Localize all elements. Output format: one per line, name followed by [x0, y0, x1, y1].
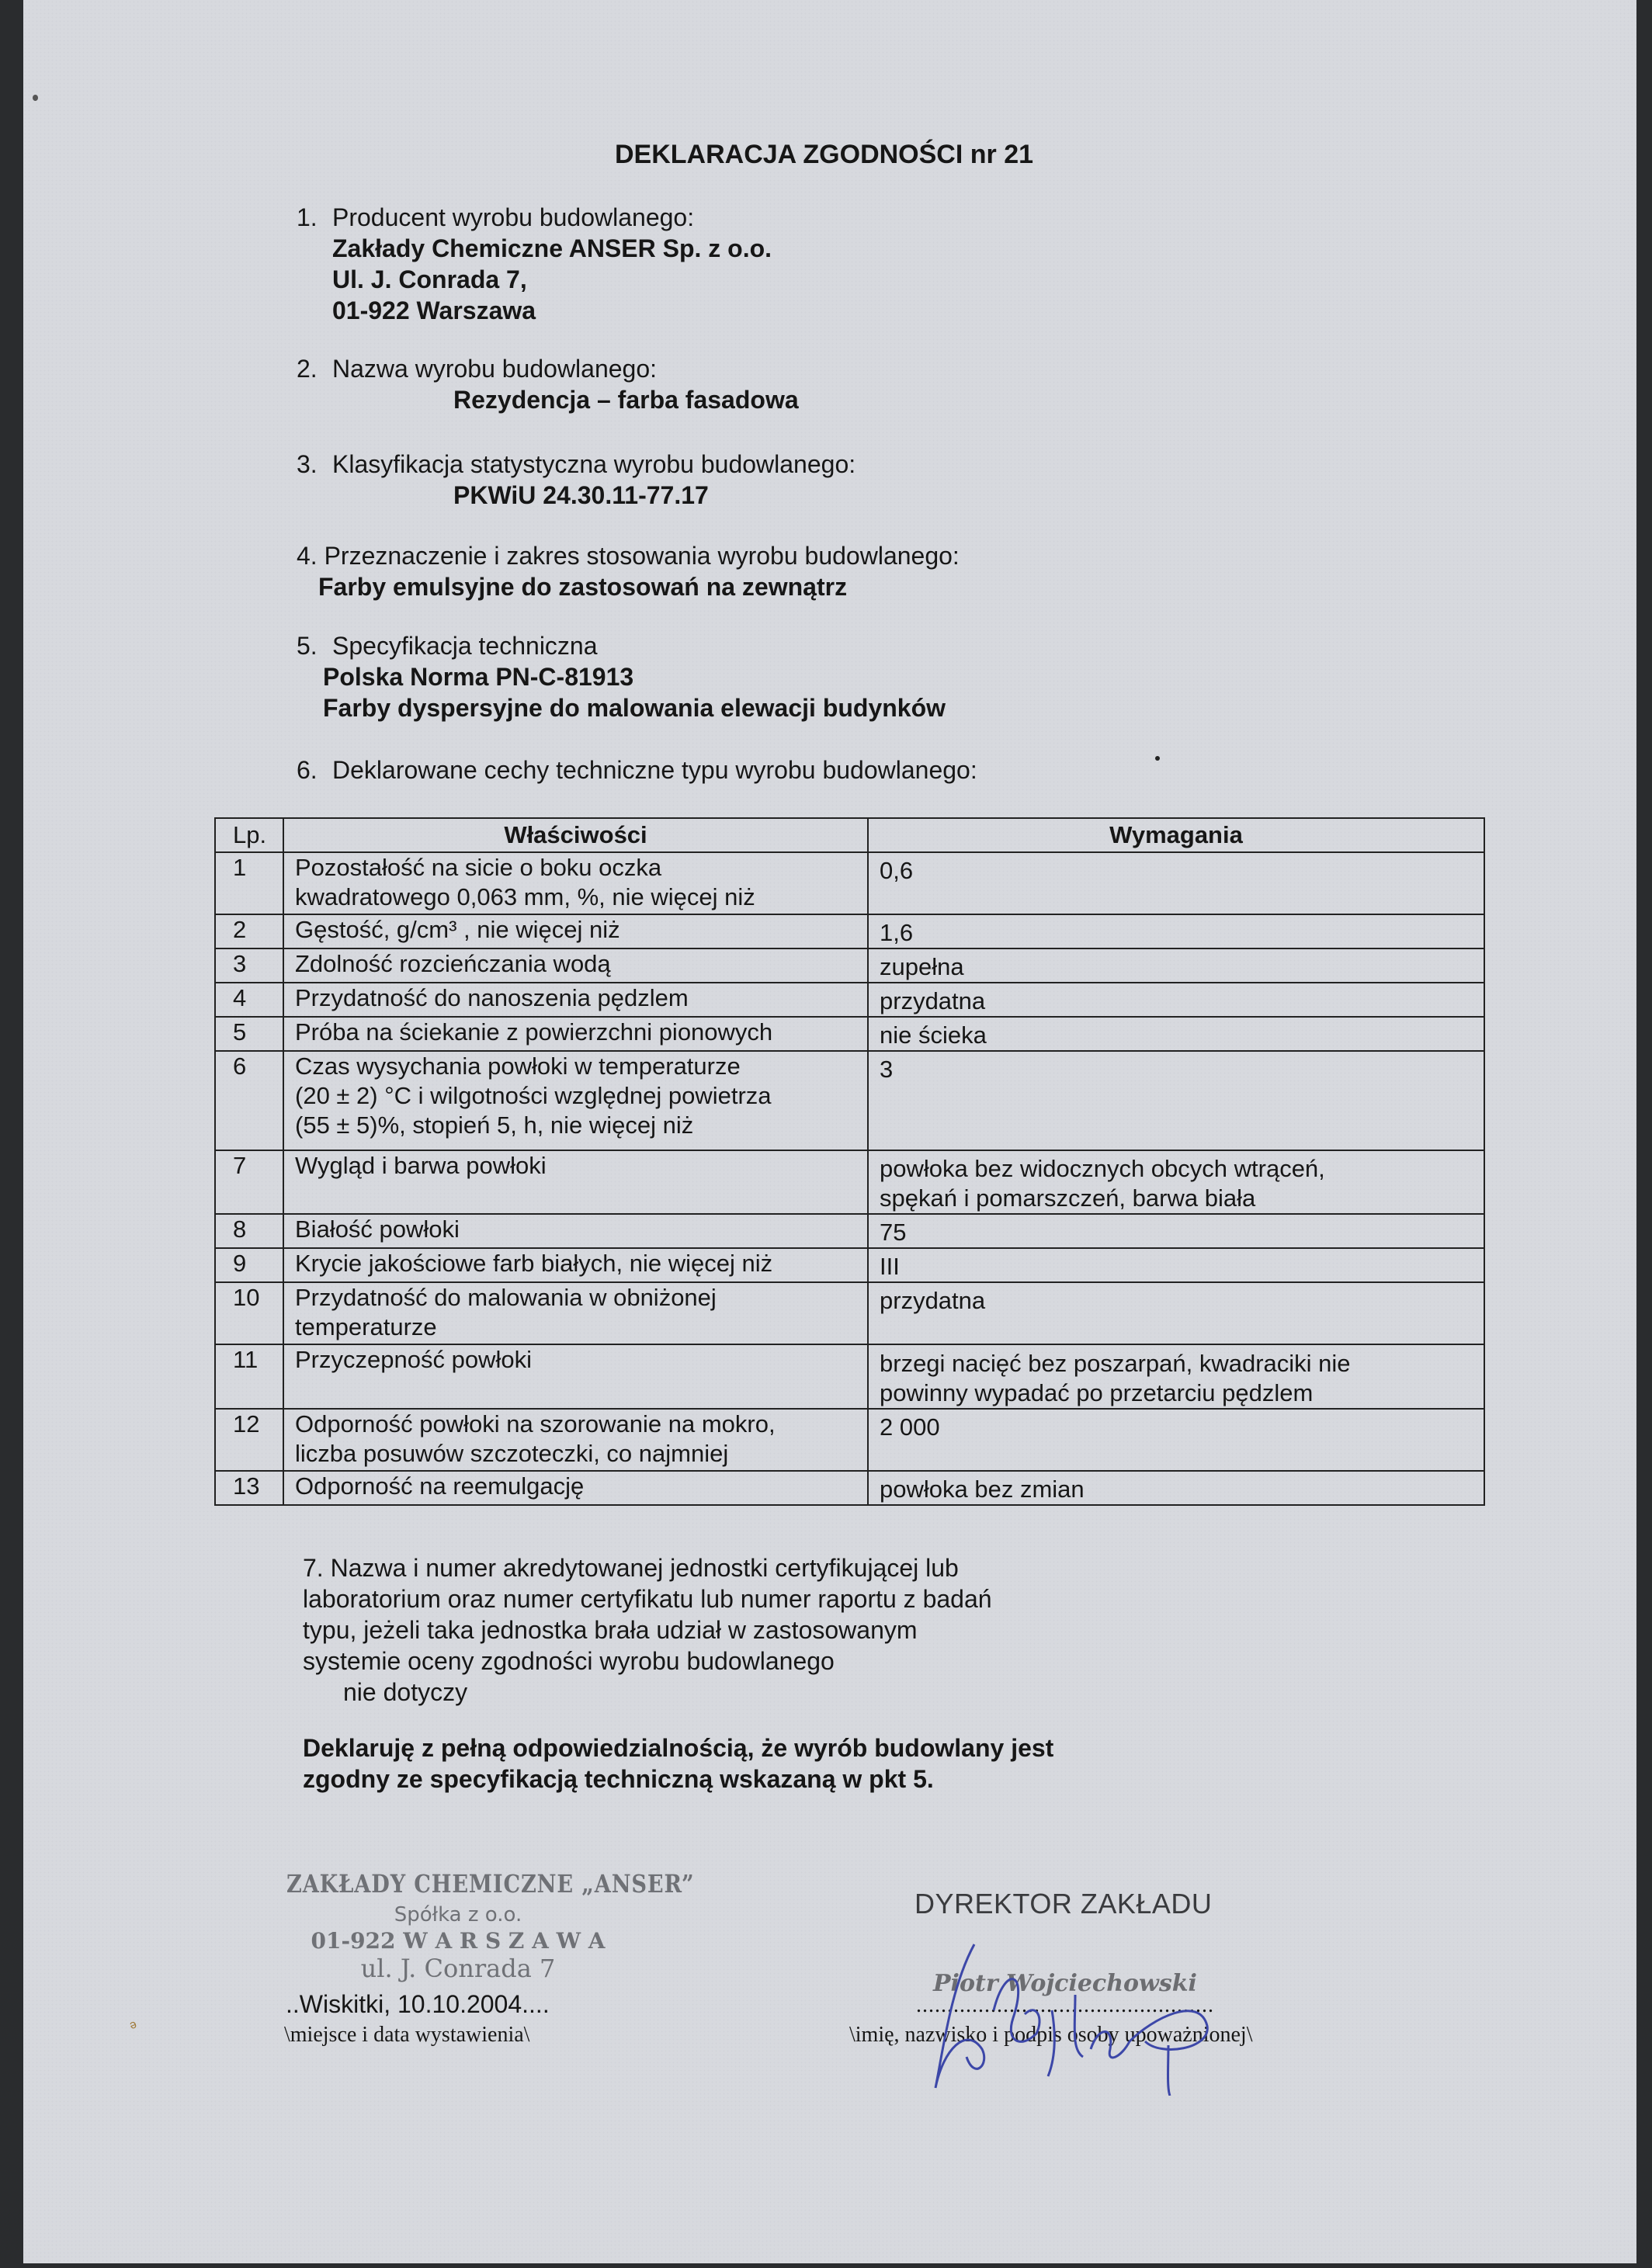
cell-property: Białość powłoki	[283, 1214, 868, 1248]
requirement-line: zupełna	[880, 952, 1473, 982]
section-1: 1.Producent wyrobu budowlanego: Zakłady …	[297, 202, 772, 326]
cell-requirement: 75	[868, 1214, 1484, 1248]
cell-lp: 12	[215, 1409, 283, 1471]
pkwiu-code: PKWiU 24.30.11-77.17	[453, 480, 855, 511]
cell-requirement: 1,6	[868, 914, 1484, 948]
requirement-line: 75	[880, 1218, 1473, 1247]
cell-lp: 10	[215, 1282, 283, 1344]
cell-lp: 2	[215, 914, 283, 948]
table-row: 5Próba na ściekanie z powierzchni pionow…	[215, 1017, 1484, 1051]
place-date: ..Wiskitki, 10.10.2004....	[286, 1990, 550, 2019]
section-5: 5.Specyfikacja techniczna Polska Norma P…	[297, 630, 946, 723]
section-label: Specyfikacja techniczna	[332, 632, 598, 660]
section-number: 5.	[297, 630, 332, 661]
declaration-line: zgodny ze specyfikacją techniczną wskaza…	[303, 1763, 1053, 1795]
header-requirements: Wymagania	[868, 818, 1484, 852]
cell-lp: 1	[215, 852, 283, 914]
signatory-role: DYREKTOR ZAKŁADU	[914, 1888, 1212, 1920]
property-line: Odporność powłoki na szorowanie na mokro…	[295, 1410, 856, 1439]
cell-requirement: III	[868, 1248, 1484, 1282]
producer-street: Ul. J. Conrada 7,	[332, 264, 772, 295]
cell-property: Przydatność do malowania w obniżonejtemp…	[283, 1282, 868, 1344]
cell-lp: 11	[215, 1344, 283, 1409]
property-line: Próba na ściekanie z powierzchni pionowy…	[295, 1018, 856, 1047]
document-page: DEKLARACJA ZGODNOŚCI nr 21 1.Producent w…	[23, 0, 1636, 2263]
producer-name: Zakłady Chemiczne ANSER Sp. z o.o.	[332, 233, 772, 264]
dust-speck	[1155, 756, 1160, 761]
place-date-caption: \miejsce i data wystawienia\	[284, 2023, 529, 2048]
requirement-line: 3	[880, 1055, 1473, 1084]
table-row: 3Zdolność rozcieńczania wodązupełna	[215, 948, 1484, 983]
producer-city: 01-922 Warszawa	[332, 295, 772, 326]
table-row: 13Odporność na reemulgacjępowłoka bez zm…	[215, 1471, 1484, 1505]
section-label: Deklarowane cechy techniczne typu wyrobu…	[332, 756, 977, 784]
stamp-city: 01-922 W A R S Z A W A	[256, 1928, 660, 1954]
table-row: 8Białość powłoki75	[215, 1214, 1484, 1248]
cell-requirement: brzegi nacięć bez poszarpań, kwadraciki …	[868, 1344, 1484, 1409]
cell-property: Gęstość, g/cm³ , nie więcej niż	[283, 914, 868, 948]
section-7-line: 7. Nazwa i numer akredytowanej jednostki…	[303, 1552, 992, 1583]
product-name: Rezydencja – farba fasadowa	[453, 384, 799, 415]
table-row: 12Odporność powłoki na szorowanie na mok…	[215, 1409, 1484, 1471]
stamp-company-form: Spółka z o.o.	[256, 1903, 660, 1926]
section-number: 3.	[297, 449, 332, 480]
section-7-value: nie dotyczy	[343, 1677, 992, 1708]
section-3: 3.Klasyfikacja statystyczna wyrobu budow…	[297, 449, 855, 511]
intended-use: Farby emulsyjne do zastosowań na zewnątr…	[318, 571, 960, 602]
requirement-line: powłoka bez zmian	[880, 1475, 1473, 1504]
section-label: Nazwa wyrobu budowlanego:	[332, 355, 657, 383]
dust-speck	[33, 95, 38, 101]
property-line: Odporność na reemulgację	[295, 1472, 856, 1501]
table-header-row: Lp. Właściwości Wymagania	[215, 818, 1484, 852]
cell-requirement: przydatna	[868, 983, 1484, 1017]
requirement-line: 1,6	[880, 918, 1473, 948]
header-properties: Właściwości	[283, 818, 868, 852]
property-line: liczba posuwów szczoteczki, co najmniej	[295, 1439, 856, 1469]
requirement-line: 0,6	[880, 856, 1473, 886]
cell-requirement: nie ścieka	[868, 1017, 1484, 1051]
requirement-line: nie ścieka	[880, 1021, 1473, 1050]
cell-lp: 13	[215, 1471, 283, 1505]
table-row: 4Przydatność do nanoszenia pędzlemprzyda…	[215, 983, 1484, 1017]
property-line: kwadratowego 0,063 mm, %, nie więcej niż	[295, 883, 856, 912]
section-7-line: typu, jeżeli taka jednostka brała udział…	[303, 1614, 992, 1646]
table-row: 2Gęstość, g/cm³ , nie więcej niż1,6	[215, 914, 1484, 948]
section-2: 2.Nazwa wyrobu budowlanego: Rezydencja –…	[297, 353, 799, 415]
requirement-line: przydatna	[880, 987, 1473, 1016]
section-6: 6.Deklarowane cechy techniczne typu wyro…	[297, 754, 977, 785]
property-line: Przydatność do nanoszenia pędzlem	[295, 983, 856, 1013]
cell-requirement: zupełna	[868, 948, 1484, 983]
declaration-line: Deklaruję z pełną odpowiedzialnością, że…	[303, 1732, 1053, 1763]
table-row: 1Pozostałość na sicie o boku oczkakwadra…	[215, 852, 1484, 914]
cell-requirement: przydatna	[868, 1282, 1484, 1344]
table-row: 11Przyczepność powłokibrzegi nacięć bez …	[215, 1344, 1484, 1409]
cell-lp: 5	[215, 1017, 283, 1051]
standard-number: Polska Norma PN-C-81913	[323, 661, 946, 692]
property-line: Krycie jakościowe farb białych, nie więc…	[295, 1249, 856, 1278]
section-7-line: systemie oceny zgodności wyrobu budowlan…	[303, 1646, 992, 1677]
property-line: Wygląd i barwa powłoki	[295, 1151, 856, 1181]
property-line: Pozostałość na sicie o boku oczka	[295, 853, 856, 883]
cell-lp: 7	[215, 1150, 283, 1214]
declaration-statement: Deklaruję z pełną odpowiedzialnością, że…	[303, 1732, 1053, 1795]
cell-property: Zdolność rozcieńczania wodą	[283, 948, 868, 983]
document-title: DEKLARACJA ZGODNOŚCI nr 21	[615, 140, 1033, 170]
section-number: 4.	[297, 542, 318, 570]
cell-lp: 9	[215, 1248, 283, 1282]
cell-lp: 8	[215, 1214, 283, 1248]
cell-property: Wygląd i barwa powłoki	[283, 1150, 868, 1214]
requirement-line: powłoka bez widocznych obcych wtrąceń,	[880, 1154, 1473, 1184]
section-number: 6.	[297, 754, 332, 785]
cell-property: Próba na ściekanie z powierzchni pionowy…	[283, 1017, 868, 1051]
requirement-line: 2 000	[880, 1413, 1473, 1442]
cell-lp: 4	[215, 983, 283, 1017]
handwritten-signature-icon	[920, 1940, 1277, 2096]
cell-requirement: 0,6	[868, 852, 1484, 914]
cell-requirement: powłoka bez zmian	[868, 1471, 1484, 1505]
stamp-street: ul. J. Conrada 7	[256, 1954, 660, 1983]
stamp-company-name: ZAKŁADY CHEMICZNE „ANSER”	[286, 1869, 630, 1899]
cell-property: Odporność na reemulgację	[283, 1471, 868, 1505]
cell-property: Przyczepność powłoki	[283, 1344, 868, 1409]
requirement-line: brzegi nacięć bez poszarpań, kwadraciki …	[880, 1349, 1473, 1378]
table-row: 10Przydatność do malowania w obniżonejte…	[215, 1282, 1484, 1344]
table-row: 7Wygląd i barwa powłokipowłoka bez widoc…	[215, 1150, 1484, 1214]
ink-mark-icon: ₔ	[126, 2011, 139, 2032]
cell-requirement: powłoka bez widocznych obcych wtrąceń,sp…	[868, 1150, 1484, 1214]
property-line: temperaturze	[295, 1313, 856, 1342]
requirement-line: spękań i pomarszczeń, barwa biała	[880, 1184, 1473, 1213]
table-row: 9Krycie jakościowe farb białych, nie wię…	[215, 1248, 1484, 1282]
section-7-line: laboratorium oraz numer certyfikatu lub …	[303, 1583, 992, 1614]
property-line: (20 ± 2) °C i wilgotności względnej powi…	[295, 1081, 856, 1111]
cell-requirement: 2 000	[868, 1409, 1484, 1471]
section-number: 2.	[297, 353, 332, 384]
cell-property: Odporność powłoki na szorowanie na mokro…	[283, 1409, 868, 1471]
section-4: 4. Przeznaczenie i zakres stosowania wyr…	[297, 540, 960, 602]
cell-property: Krycie jakościowe farb białych, nie więc…	[283, 1248, 868, 1282]
header-lp: Lp.	[215, 818, 283, 852]
cell-lp: 3	[215, 948, 283, 983]
cell-property: Przydatność do nanoszenia pędzlem	[283, 983, 868, 1017]
cell-property: Czas wysychania powłoki w temperaturze(2…	[283, 1051, 868, 1150]
property-line: Białość powłoki	[295, 1215, 856, 1244]
requirement-line: przydatna	[880, 1286, 1473, 1316]
section-label: Producent wyrobu budowlanego:	[332, 203, 694, 231]
cell-requirement: 3	[868, 1051, 1484, 1150]
property-line: (55 ± 5)%, stopień 5, h, nie więcej niż	[295, 1111, 856, 1140]
section-label: Przeznaczenie i zakres stosowania wyrobu…	[324, 542, 960, 570]
section-label: Klasyfikacja statystyczna wyrobu budowla…	[332, 450, 855, 478]
property-line: Zdolność rozcieńczania wodą	[295, 949, 856, 979]
table-row: 6Czas wysychania powłoki w temperaturze(…	[215, 1051, 1484, 1150]
company-stamp: ZAKŁADY CHEMICZNE „ANSER” Spółka z o.o. …	[256, 1869, 660, 1983]
cell-lp: 6	[215, 1051, 283, 1150]
property-line: Przyczepność powłoki	[295, 1345, 856, 1375]
property-line: Gęstość, g/cm³ , nie więcej niż	[295, 915, 856, 945]
section-number: 1.	[297, 202, 332, 233]
property-line: Przydatność do malowania w obniżonej	[295, 1283, 856, 1313]
standard-title: Farby dyspersyjne do malowania elewacji …	[323, 692, 946, 723]
requirement-line: III	[880, 1252, 1473, 1281]
properties-table: Lp. Właściwości Wymagania 1Pozostałość n…	[214, 817, 1485, 1506]
cell-property: Pozostałość na sicie o boku oczkakwadrat…	[283, 852, 868, 914]
requirement-line: powinny wypadać po przetarciu pędzlem	[880, 1378, 1473, 1408]
property-line: Czas wysychania powłoki w temperaturze	[295, 1052, 856, 1081]
section-7: 7. Nazwa i numer akredytowanej jednostki…	[303, 1552, 992, 1708]
